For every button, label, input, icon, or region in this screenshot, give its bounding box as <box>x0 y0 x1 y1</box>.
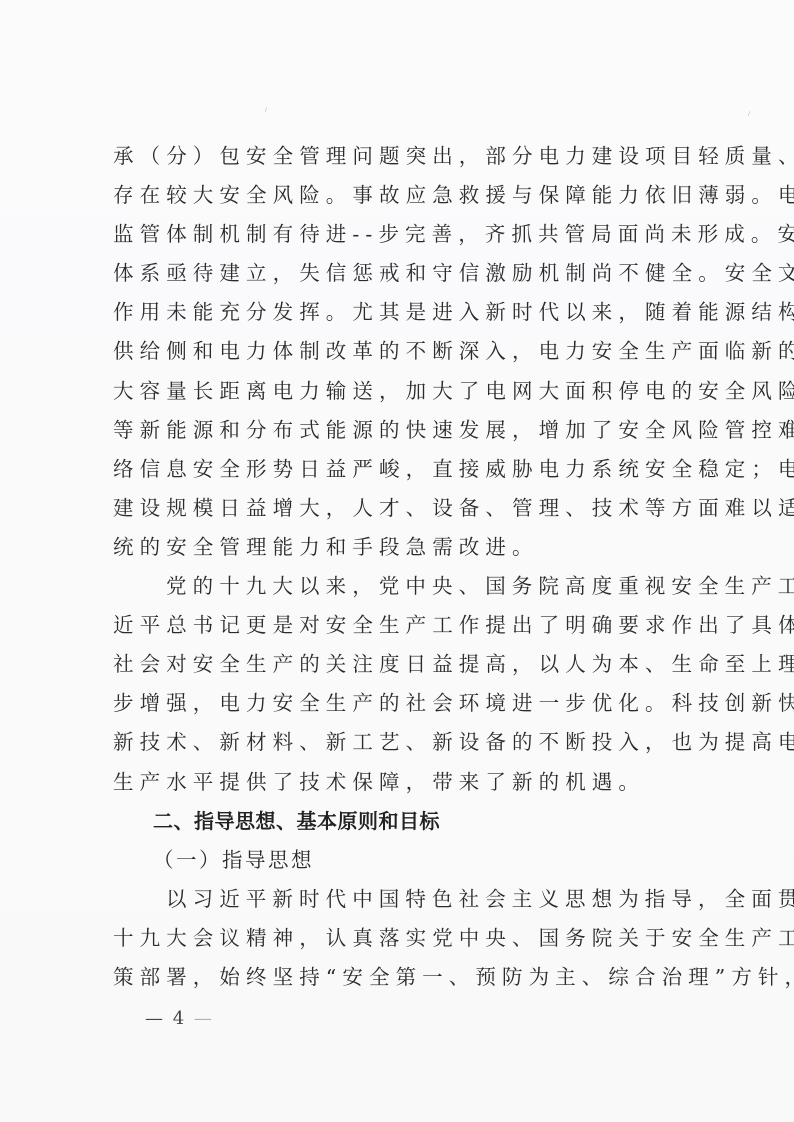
paragraph-opportunities: 党的十九大以来，党中央、国务院高度重视安全生产工作，习 近平总书记更是对安全生产… <box>113 573 713 808</box>
text-line: 策部署，始终坚持“安全第一、预防为主、综合治理”方针，树立 <box>113 964 713 1003</box>
text-line: 存在较大安全风险。事故应急救援与保障能力依旧薄弱。电力安全 <box>113 182 713 221</box>
page-number-dash-right: — <box>194 1008 214 1029</box>
section-heading: 二、指导思想、基本原则和目标 <box>113 808 713 847</box>
scan-artifact-mark: ⸝ <box>259 100 270 115</box>
text-line: 承（分）包安全管理问题突出，部分电力建设项目轻质量、抢工期， <box>113 143 713 182</box>
page-number: — 4 — <box>145 1008 214 1029</box>
text-line: 建设规模日益增大，人才、设备、管理、技术等方面难以适应，传 <box>113 495 713 534</box>
paragraph-risks: 承（分）包安全管理问题突出，部分电力建设项目轻质量、抢工期， 存在较大安全风险。… <box>113 143 713 573</box>
text-line: 大容量长距离电力输送，加大了电网大面积停电的安全风险；风光 <box>113 378 713 417</box>
scan-artifact-mark: ⸝ <box>742 104 753 119</box>
text-line: 体系亟待建立，失信惩戒和守信激励机制尚不健全。安全文化引领 <box>113 260 713 299</box>
document-page: ⸝ ⸝ 承（分）包安全管理问题突出，部分电力建设项目轻质量、抢工期， 存在较大安… <box>0 0 794 1122</box>
paragraph-guiding-ideology: 以习近平新时代中国特色社会主义思想为指导，全面贯彻党的 十九大会议精神，认真落实… <box>113 886 713 1003</box>
text-line: 党的十九大以来，党中央、国务院高度重视安全生产工作，习 <box>113 573 713 612</box>
text-line: 以习近平新时代中国特色社会主义思想为指导，全面贯彻党的 <box>113 886 713 925</box>
text-line: 步增强，电力安全生产的社会环境进一步优化。科技创新快速发展， <box>113 690 713 729</box>
text-line: 近平总书记更是对安全生产工作提出了明确要求作出了具体部署。 <box>113 612 713 651</box>
text-line: 供给侧和电力体制改革的不断深入，电力安全生产面临新的挑战。 <box>113 338 713 377</box>
text-line: 社会对安全生产的关注度日益提高，以人为本、生命至上理念进一 <box>113 651 713 690</box>
text-line: 生产水平提供了技术保障，带来了新的机遇。 <box>113 769 713 808</box>
document-body: 承（分）包安全管理问题突出，部分电力建设项目轻质量、抢工期， 存在较大安全风险。… <box>113 143 713 1003</box>
text-line: 监管体制机制有待进--步完善，齐抓共管局面尚未形成。安全诚信 <box>113 221 713 260</box>
text-line: 等新能源和分布式能源的快速发展，增加了安全风险管控难度；网 <box>113 417 713 456</box>
page-number-value: 4 <box>173 1008 186 1029</box>
subsection-heading: （一）指导思想 <box>113 847 713 886</box>
text-line: 十九大会议精神，认真落实党中央、国务院关于安全生产工作的决 <box>113 925 713 964</box>
page-number-dash-left: — <box>145 1008 165 1029</box>
text-line: 络信息安全形势日益严峻，直接威胁电力系统安全稳定；电力工程 <box>113 456 713 495</box>
text-line: 作用未能充分发挥。尤其是进入新时代以来，随着能源结构调整、 <box>113 299 713 338</box>
text-line: 统的安全管理能力和手段急需改进。 <box>113 534 713 573</box>
text-line: 新技术、新材料、新工艺、新设备的不断投入，也为提高电力安全 <box>113 729 713 768</box>
